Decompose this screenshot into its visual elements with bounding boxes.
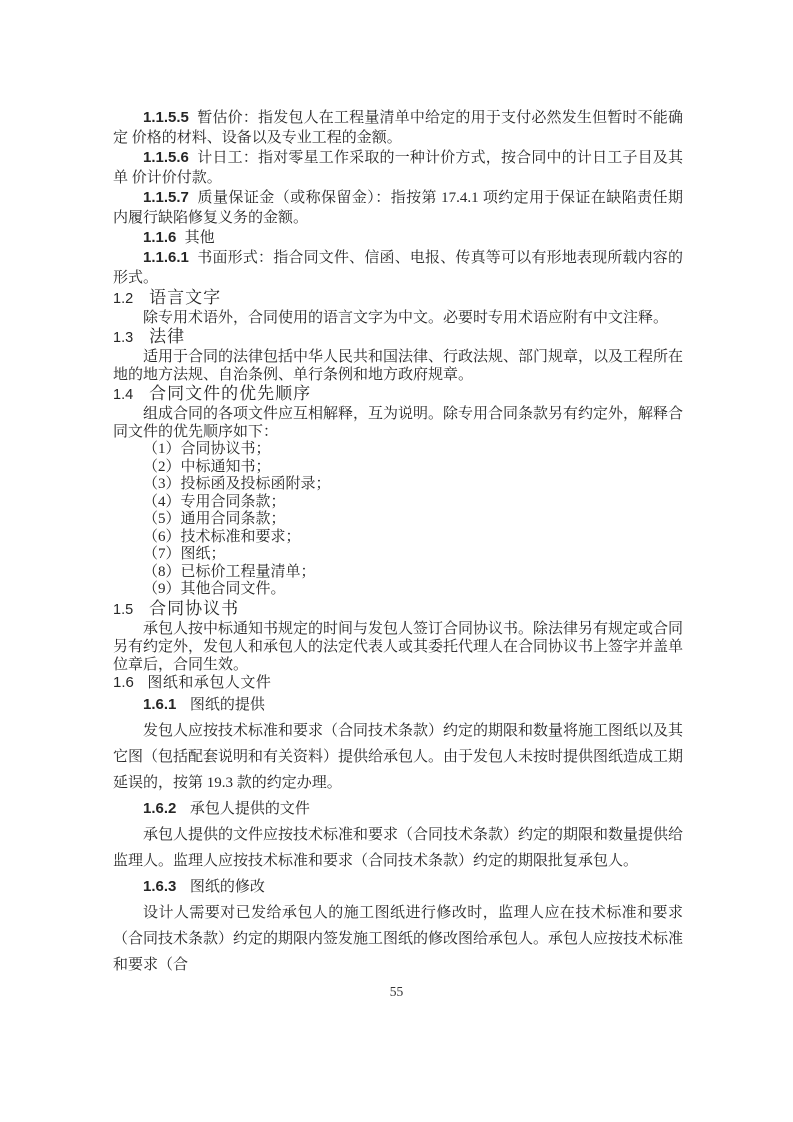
page-footer: 55 [0,984,793,1000]
clause-number: 1.6.3 [143,878,176,895]
paragraph: 设计人需要对已发给承包人的施工图纸进行修改时，监理人应在技术标准和要求（合同技术… [113,900,683,978]
subclause-heading: 1.6.2承包人提供的文件 [113,800,683,818]
clause-text: 图纸的提供 [190,697,265,713]
paragraph: 发包人应按技术标准和要求（合同技术条款）约定的期限和数量将施工图纸以及其它图（包… [113,718,683,796]
clause-text: 合同文件的优先顺序 [149,384,311,403]
clause-number: 1.1.5.6 [143,149,189,166]
priority-list-item: （2）中标通知书； [113,459,683,477]
clause-number: 1.6 [113,674,134,691]
subclause-heading: 1.6.3图纸的修改 [113,878,683,896]
clause-text: 书面形式：指合同文件、信函、电报、传真等可以有形地表现所载内容的形式。 [113,250,683,286]
paragraph-text: （8）已标价工程量清单； [143,564,316,580]
clause-text: 承包人提供的文件 [190,801,310,817]
paragraph-text: 适用于合同的法律包括中华人民共和国法律、行政法规、部门规章，以及工程所在地的地方… [113,349,683,383]
subclause-heading: 1.6.1图纸的提供 [113,696,683,714]
section-heading: 1.3法律 [113,327,683,348]
clause-text: 语言文字 [149,288,221,307]
section-heading: 1.5合同协议书 [113,599,683,620]
clause-paragraph: 1.1.6其他 [113,228,683,248]
clause-paragraph: 1.1.5.7质量保证金（或称保留金）：指按第 17.4.1 项约定用于保证在缺… [113,188,683,228]
paragraph: 承包人提供的文件应按技术标准和要求（合同技术条款）约定的期限和数量提供给监理人。… [113,822,683,874]
paragraph-text: （1）合同协议书； [143,441,271,457]
clause-number: 1.6.2 [143,800,176,817]
clause-text: 暂估价：指发包人在工程量清单中给定的用于支付必然发生但暂时不能确定 价格的材料、… [113,110,683,146]
paragraph: 除专用术语外，合同使用的语言文字为中文。必要时专用术语应附有中文注释。 [113,309,683,327]
priority-list-item: （4）专用合同条款； [113,494,683,512]
clause-number: 1.4 [113,387,133,403]
clause-number: 1.1.5.5 [143,109,189,126]
paragraph: 承包人按中标通知书规定的时间与发包人签订合同协议书。除法律另有规定或合同另有约定… [113,620,683,674]
paragraph-text: 发包人应按技术标准和要求（合同技术条款）约定的期限和数量将施工图纸以及其它图（包… [113,723,683,791]
section-heading: 1.4合同文件的优先顺序 [113,384,683,405]
page-number: 55 [390,984,404,999]
clause-number: 1.1.6 [143,229,176,246]
clause-text: 图纸和承包人文件 [147,675,271,691]
paragraph-text: 承包人提供的文件应按技术标准和要求（合同技术条款）约定的期限和数量提供给监理人。… [113,827,683,869]
priority-list-item: （7）图纸； [113,546,683,564]
priority-list-item: （9）其他合同文件。 [113,581,683,599]
clause-text: 法律 [149,327,185,346]
document-page: 1.1.5.5暂估价：指发包人在工程量清单中给定的用于支付必然发生但暂时不能确定… [0,0,793,1122]
priority-list-item: （3）投标函及投标函附录； [113,476,683,494]
clause-text: 合同协议书 [149,599,239,618]
clause-number: 1.5 [113,602,133,618]
priority-list-item: （1）合同协议书； [113,441,683,459]
paragraph: 组成合同的各项文件应互相解释，互为说明。除专用合同条款另有约定外，解释合同文件的… [113,405,683,441]
clause-text: 质量保证金（或称保留金）：指按第 17.4.1 项约定用于保证在缺陷责任期内履行… [113,190,683,226]
clause-number: 1.1.6.1 [143,249,189,266]
paragraph-text: （9）其他合同文件。 [143,581,286,597]
section-heading: 1.2语言文字 [113,288,683,309]
paragraph-text: 设计人需要对已发给承包人的施工图纸进行修改时，监理人应在技术标准和要求（合同技术… [113,905,683,973]
clause-text: 其他 [185,230,215,246]
clause-text: 计日工：指对零星工作采取的一种计价方式，按合同中的计日工子目及其单 价计价付款。 [113,150,683,186]
paragraph-text: 组成合同的各项文件应互相解释，互为说明。除专用合同条款另有约定外，解释合同文件的… [113,406,683,440]
paragraph-text: 承包人按中标通知书规定的时间与发包人签订合同协议书。除法律另有规定或合同另有约定… [113,621,683,673]
priority-list-item: （6）技术标准和要求； [113,529,683,547]
clause-number: 1.2 [113,291,133,307]
clause-paragraph: 1.1.6.1书面形式：指合同文件、信函、电报、传真等可以有形地表现所载内容的形… [113,248,683,288]
paragraph-text: （5）通用合同条款； [143,511,286,527]
paragraph-text: （2）中标通知书； [143,459,271,475]
paragraph-text: （6）技术标准和要求； [143,529,301,545]
paragraph-text: （3）投标函及投标函附录； [143,476,331,492]
clause-paragraph: 1.1.5.6计日工：指对零星工作采取的一种计价方式，按合同中的计日工子目及其单… [113,148,683,188]
paragraph-text: 除专用术语外，合同使用的语言文字为中文。必要时专用术语应附有中文注释。 [143,310,668,326]
paragraph: 适用于合同的法律包括中华人民共和国法律、行政法规、部门规章，以及工程所在地的地方… [113,348,683,384]
clause-number: 1.1.5.7 [143,189,189,206]
clause-paragraph: 1.1.5.5暂估价：指发包人在工程量清单中给定的用于支付必然发生但暂时不能确定… [113,108,683,148]
section-heading: 1.6图纸和承包人文件 [113,674,683,692]
priority-list-item: （8）已标价工程量清单； [113,564,683,582]
paragraph-text: （4）专用合同条款； [143,494,286,510]
clause-number: 1.6.1 [143,696,176,713]
priority-list-item: （5）通用合同条款； [113,511,683,529]
clause-number: 1.3 [113,330,133,346]
clause-text: 图纸的修改 [190,879,265,895]
paragraph-text: （7）图纸； [143,546,226,562]
document-body: 1.1.5.5暂估价：指发包人在工程量清单中给定的用于支付必然发生但暂时不能确定… [113,108,683,978]
